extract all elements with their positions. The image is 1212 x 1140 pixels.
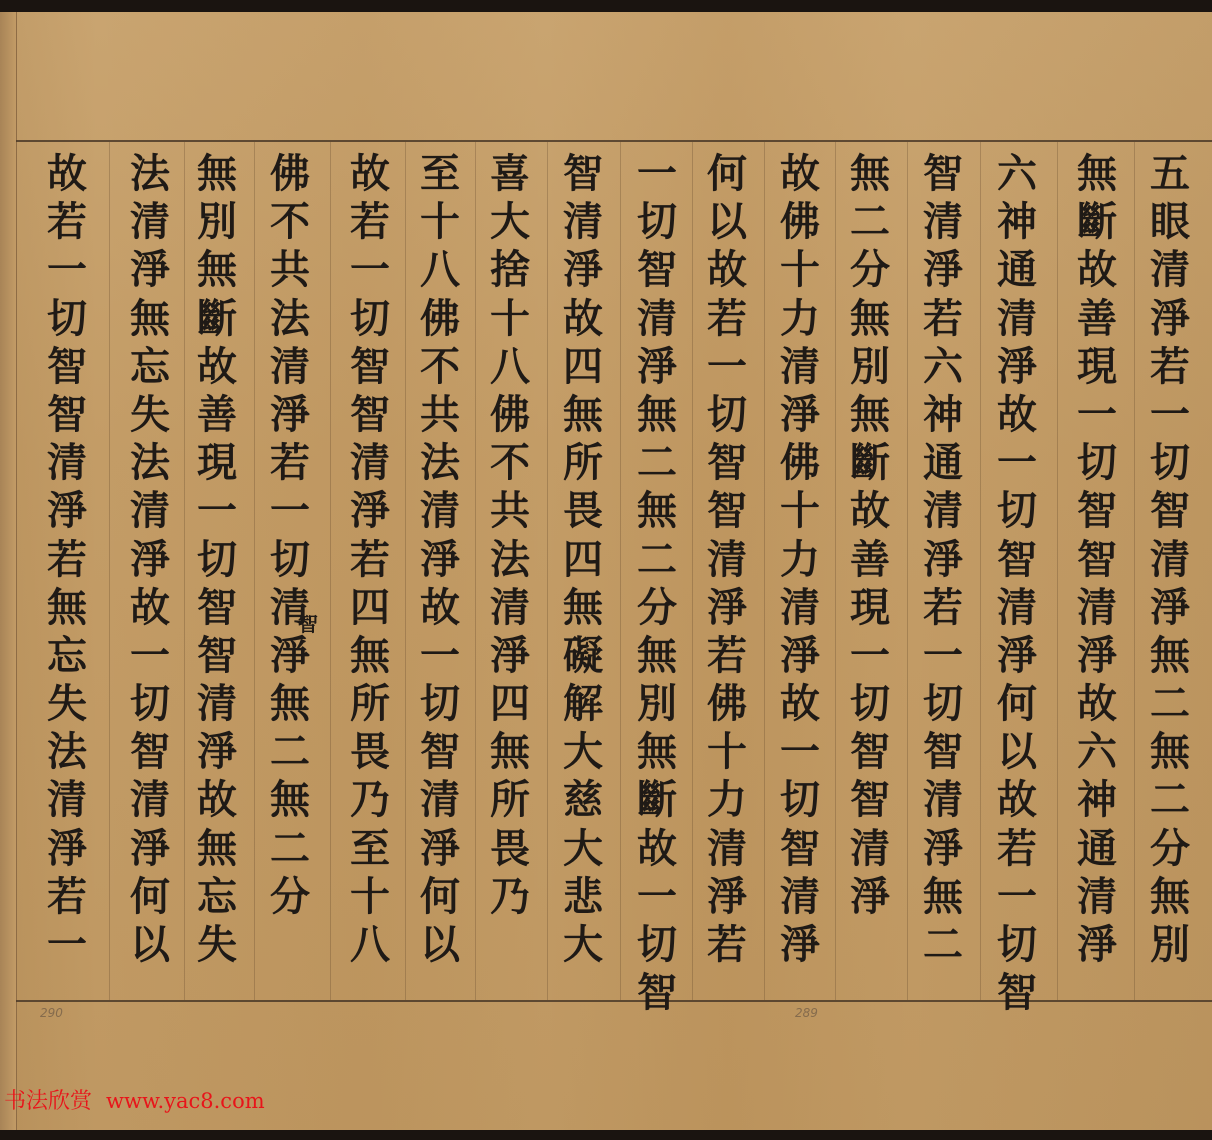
character: 智 (701, 439, 753, 487)
character: 智 (631, 969, 683, 1017)
character: 一 (631, 150, 683, 198)
scroll-left-edge (0, 12, 17, 1130)
character: 智 (41, 391, 93, 439)
character: 喜 (484, 150, 536, 198)
column-ruling-line (547, 142, 548, 1000)
character: 清 (1144, 536, 1196, 584)
character: 無 (557, 584, 609, 632)
character: 清 (414, 487, 466, 535)
character: 故 (191, 343, 243, 391)
column-ruling-line (405, 142, 406, 1000)
character: 故 (991, 391, 1043, 439)
character: 切 (774, 776, 826, 824)
character: 故 (991, 776, 1043, 824)
character: 一 (264, 487, 316, 535)
character: 無 (264, 680, 316, 728)
character: 切 (1071, 439, 1123, 487)
character: 大 (557, 825, 609, 873)
character: 所 (557, 439, 609, 487)
character: 無 (844, 391, 896, 439)
character: 故 (41, 150, 93, 198)
character: 智 (344, 343, 396, 391)
character: 一 (917, 632, 969, 680)
text-column: 六神通清淨故一切智清淨何以故若一切智 (987, 150, 1047, 1017)
character: 無 (844, 150, 896, 198)
character: 若 (41, 536, 93, 584)
character: 八 (414, 246, 466, 294)
character: 不 (484, 439, 536, 487)
character: 智 (41, 343, 93, 391)
column-ruling-line (254, 142, 255, 1000)
character: 佛 (701, 680, 753, 728)
character: 清 (41, 439, 93, 487)
character: 智 (991, 969, 1043, 1017)
character: 忘 (41, 632, 93, 680)
character: 無 (344, 632, 396, 680)
character: 法 (41, 728, 93, 776)
character: 故 (774, 680, 826, 728)
character: 若 (917, 295, 969, 343)
watermark-url: www.yac8.com (106, 1089, 265, 1113)
character: 一 (344, 246, 396, 294)
character: 清 (484, 584, 536, 632)
character: 斷 (631, 776, 683, 824)
character: 清 (991, 584, 1043, 632)
character: 無 (631, 487, 683, 535)
text-column: 故佛十力清淨佛十力清淨故一切智清淨 (770, 150, 830, 969)
character: 智 (917, 728, 969, 776)
character: 二 (917, 921, 969, 969)
character: 智 (1071, 487, 1123, 535)
character: 清 (917, 776, 969, 824)
character: 切 (631, 198, 683, 246)
character: 十 (774, 487, 826, 535)
character: 故 (774, 150, 826, 198)
character: 十 (484, 295, 536, 343)
character: 無 (124, 295, 176, 343)
character: 清 (701, 825, 753, 873)
character: 切 (414, 680, 466, 728)
character: 無 (264, 776, 316, 824)
character: 故 (124, 584, 176, 632)
character: 四 (344, 584, 396, 632)
character: 清 (701, 536, 753, 584)
character: 淨 (991, 632, 1043, 680)
character: 故 (701, 246, 753, 294)
character: 智 (844, 728, 896, 776)
character: 淨 (414, 536, 466, 584)
character: 淨 (264, 391, 316, 439)
character: 清 (1071, 584, 1123, 632)
character: 現 (1071, 343, 1123, 391)
column-ruling-line (330, 142, 331, 1000)
character: 法 (124, 150, 176, 198)
character: 力 (701, 776, 753, 824)
character: 無 (191, 246, 243, 294)
character: 故 (844, 487, 896, 535)
character: 若 (344, 198, 396, 246)
character: 淨 (631, 343, 683, 391)
character: 一 (991, 439, 1043, 487)
character: 淨 (917, 825, 969, 873)
character: 大 (557, 921, 609, 969)
character: 清 (344, 439, 396, 487)
character: 至 (414, 150, 466, 198)
text-column: 喜大捨十八佛不共法清淨四無所畏乃 (480, 150, 540, 921)
character: 淨 (774, 921, 826, 969)
character: 切 (344, 295, 396, 343)
character: 別 (844, 343, 896, 391)
character: 二 (631, 536, 683, 584)
character: 無 (631, 391, 683, 439)
character: 若 (41, 198, 93, 246)
character: 法 (414, 439, 466, 487)
character: 無 (191, 150, 243, 198)
character: 所 (344, 680, 396, 728)
character: 故 (557, 295, 609, 343)
character: 悲 (557, 873, 609, 921)
text-column: 佛不共法清淨若一切清智淨無二無二分 (260, 150, 320, 921)
character: 法 (484, 536, 536, 584)
character: 淨 (264, 632, 316, 680)
character: 法 (264, 295, 316, 343)
character: 斷 (1071, 198, 1123, 246)
text-column: 無別無斷故善現一切智智清淨故無忘失 (187, 150, 247, 969)
character: 無 (631, 728, 683, 776)
character: 智 (414, 728, 466, 776)
character: 無 (41, 584, 93, 632)
character: 何 (124, 873, 176, 921)
character: 二 (631, 439, 683, 487)
character: 二 (1144, 680, 1196, 728)
character: 十 (774, 246, 826, 294)
character: 八 (484, 343, 536, 391)
character: 淨 (1071, 632, 1123, 680)
character: 無 (844, 295, 896, 343)
character: 智 (991, 536, 1043, 584)
character: 現 (191, 439, 243, 487)
text-column: 智清淨若六神通清淨若一切智清淨無二 (913, 150, 973, 969)
character: 神 (917, 391, 969, 439)
page-number: 289 (795, 1006, 818, 1020)
character: 一 (1071, 391, 1123, 439)
character: 清 (1144, 246, 1196, 294)
character: 切 (991, 921, 1043, 969)
character: 現 (844, 584, 896, 632)
character: 共 (414, 391, 466, 439)
column-ruling-line (835, 142, 836, 1000)
character: 十 (701, 728, 753, 776)
character: 淨 (701, 873, 753, 921)
character: 故 (191, 776, 243, 824)
character: 無 (557, 391, 609, 439)
character: 淨 (701, 584, 753, 632)
character: 故 (1071, 246, 1123, 294)
character: 力 (774, 295, 826, 343)
character: 淨 (917, 536, 969, 584)
character: 失 (191, 921, 243, 969)
text-column: 一切智清淨無二無二分無別無斷故一切智 (627, 150, 687, 1017)
character: 智 (124, 728, 176, 776)
character: 清 (41, 776, 93, 824)
text-column: 無斷故善現一切智智清淨故六神通清淨 (1067, 150, 1127, 969)
character: 無 (1144, 873, 1196, 921)
character: 至 (344, 825, 396, 873)
character: 何 (414, 873, 466, 921)
character: 一 (991, 873, 1043, 921)
character: 眼 (1144, 198, 1196, 246)
character: 捨 (484, 246, 536, 294)
character: 大 (484, 198, 536, 246)
character: 四 (484, 680, 536, 728)
character: 六 (917, 343, 969, 391)
character: 清 (191, 680, 243, 728)
character: 清 (557, 198, 609, 246)
character: 善 (191, 391, 243, 439)
character: 神 (991, 198, 1043, 246)
character: 淨 (484, 632, 536, 680)
character: 乃 (344, 776, 396, 824)
character: 力 (774, 536, 826, 584)
character: 無 (917, 873, 969, 921)
text-column: 何以故若一切智智清淨若佛十力清淨若 (697, 150, 757, 969)
character: 若 (701, 295, 753, 343)
column-ruling-line (980, 142, 981, 1000)
character: 別 (1144, 921, 1196, 969)
character: 佛 (484, 391, 536, 439)
character: 故 (1071, 680, 1123, 728)
character: 神 (1071, 776, 1123, 824)
character: 何 (991, 680, 1043, 728)
character: 切 (191, 536, 243, 584)
character: 清 (414, 776, 466, 824)
character: 以 (701, 198, 753, 246)
character: 切 (124, 680, 176, 728)
character: 礙 (557, 632, 609, 680)
character: 一 (844, 632, 896, 680)
character: 十 (414, 198, 466, 246)
character: 清 (774, 873, 826, 921)
character: 清 (264, 343, 316, 391)
character: 智 (1071, 536, 1123, 584)
character: 六 (1071, 728, 1123, 776)
character: 智 (701, 487, 753, 535)
character: 切 (41, 295, 93, 343)
character: 所 (484, 776, 536, 824)
character: 善 (1071, 295, 1123, 343)
character: 淨 (124, 536, 176, 584)
character: 淨 (41, 825, 93, 873)
column-ruling-line (764, 142, 765, 1000)
text-column: 故若一切智智清淨若無忘失法清淨若一 (37, 150, 97, 969)
character: 別 (191, 198, 243, 246)
character: 不 (264, 198, 316, 246)
character: 清 (631, 295, 683, 343)
character: 二 (844, 198, 896, 246)
character: 二 (264, 728, 316, 776)
character: 若 (991, 825, 1043, 873)
character: 若 (917, 584, 969, 632)
character: 二 (264, 825, 316, 873)
character: 分 (844, 246, 896, 294)
character: 智 (557, 150, 609, 198)
character: 淨 (844, 873, 896, 921)
character: 不 (414, 343, 466, 391)
character: 切 (264, 536, 316, 584)
character: 智 (1144, 487, 1196, 535)
column-ruling-line (1057, 142, 1058, 1000)
character: 無 (191, 825, 243, 873)
character: 切 (631, 921, 683, 969)
character: 通 (917, 439, 969, 487)
character: 通 (991, 246, 1043, 294)
character: 清 (124, 487, 176, 535)
character: 清 (774, 584, 826, 632)
character: 以 (991, 728, 1043, 776)
character: 五 (1144, 150, 1196, 198)
column-ruling-line (692, 142, 693, 1000)
column-ruling-line (907, 142, 908, 1000)
character: 清 (774, 343, 826, 391)
character: 淨 (991, 343, 1043, 391)
text-column: 法清淨無忘失法清淨故一切智清淨何以 (120, 150, 180, 969)
character: 清 (124, 776, 176, 824)
character: 分 (631, 584, 683, 632)
character: 一 (774, 728, 826, 776)
character: 一 (1144, 391, 1196, 439)
character: 淨 (124, 246, 176, 294)
character: 無 (1071, 150, 1123, 198)
character: 佛 (264, 150, 316, 198)
character: 一 (191, 487, 243, 535)
watermark-site-name: 书法欣赏 (4, 1089, 92, 1114)
character: 佛 (414, 295, 466, 343)
character: 清 (991, 295, 1043, 343)
character: 故 (344, 150, 396, 198)
character: 若 (701, 632, 753, 680)
character: 慈 (557, 776, 609, 824)
character: 四 (557, 536, 609, 584)
character: 切 (917, 680, 969, 728)
character: 若 (41, 873, 93, 921)
character: 清 (124, 198, 176, 246)
text-column: 智清淨故四無所畏四無礙解大慈大悲大 (553, 150, 613, 969)
column-ruling-line (109, 142, 110, 1000)
character: 淨 (41, 487, 93, 535)
character: 切 (844, 680, 896, 728)
character: 智 (917, 150, 969, 198)
character: 智 (631, 246, 683, 294)
character: 若 (344, 536, 396, 584)
character: 若 (264, 439, 316, 487)
column-ruling-line (475, 142, 476, 1000)
character: 六 (991, 150, 1043, 198)
character: 淨 (774, 632, 826, 680)
character: 清 (917, 487, 969, 535)
character: 一 (41, 246, 93, 294)
text-column: 五眼清淨若一切智清淨無二無二分無別 (1140, 150, 1200, 969)
character: 何 (701, 150, 753, 198)
page-number: 290 (40, 1006, 63, 1020)
character: 解 (557, 680, 609, 728)
character: 無 (631, 632, 683, 680)
character: 淨 (124, 825, 176, 873)
character: 無 (1144, 728, 1196, 776)
character: 淨 (774, 391, 826, 439)
character: 淨 (1144, 295, 1196, 343)
character: 故 (631, 825, 683, 873)
character: 智 (774, 825, 826, 873)
character: 淨 (1144, 584, 1196, 632)
character: 分 (264, 873, 316, 921)
character: 畏 (484, 825, 536, 873)
character: 以 (124, 921, 176, 969)
character: 切 (1144, 439, 1196, 487)
text-column: 故若一切智智清淨若四無所畏乃至十八 (340, 150, 400, 969)
character: 淨 (414, 825, 466, 873)
character: 共 (264, 246, 316, 294)
character: 故 (414, 584, 466, 632)
character: 斷 (191, 295, 243, 343)
character: 乃 (484, 873, 536, 921)
character: 智 (844, 776, 896, 824)
character: 一 (701, 343, 753, 391)
text-column: 無二分無別無斷故善現一切智智清淨 (840, 150, 900, 921)
text-column: 至十八佛不共法清淨故一切智清淨何以 (410, 150, 470, 969)
character: 八 (344, 921, 396, 969)
top-border-rule (16, 140, 1212, 142)
character: 二 (1144, 776, 1196, 824)
character: 十 (344, 873, 396, 921)
character: 通 (1071, 825, 1123, 873)
column-ruling-line (184, 142, 185, 1000)
character: 一 (41, 921, 93, 969)
character: 失 (124, 391, 176, 439)
character: 切 (991, 487, 1043, 535)
character: 清 (1071, 873, 1123, 921)
character: 清 (844, 825, 896, 873)
character: 淨 (557, 246, 609, 294)
character: 若 (1144, 343, 1196, 391)
site-watermark: 书法欣赏www.yac8.com (4, 1084, 265, 1115)
column-ruling-line (1134, 142, 1135, 1000)
character: 善 (844, 536, 896, 584)
column-ruling-line (620, 142, 621, 1000)
character: 共 (484, 487, 536, 535)
character: 別 (631, 680, 683, 728)
character: 一 (631, 873, 683, 921)
character: 斷 (844, 439, 896, 487)
character: 清 (917, 198, 969, 246)
character: 一 (414, 632, 466, 680)
character: 無 (484, 728, 536, 776)
character: 法 (124, 439, 176, 487)
character: 一 (124, 632, 176, 680)
character: 忘 (124, 343, 176, 391)
character: 佛 (774, 439, 826, 487)
character: 淨 (344, 487, 396, 535)
character: 大 (557, 728, 609, 776)
character: 若 (701, 921, 753, 969)
character: 失 (41, 680, 93, 728)
character: 淨 (191, 728, 243, 776)
character: 畏 (557, 487, 609, 535)
character: 智 (191, 632, 243, 680)
character: 佛 (774, 198, 826, 246)
character: 淨 (917, 246, 969, 294)
character: 淨 (1071, 921, 1123, 969)
character: 智 (191, 584, 243, 632)
